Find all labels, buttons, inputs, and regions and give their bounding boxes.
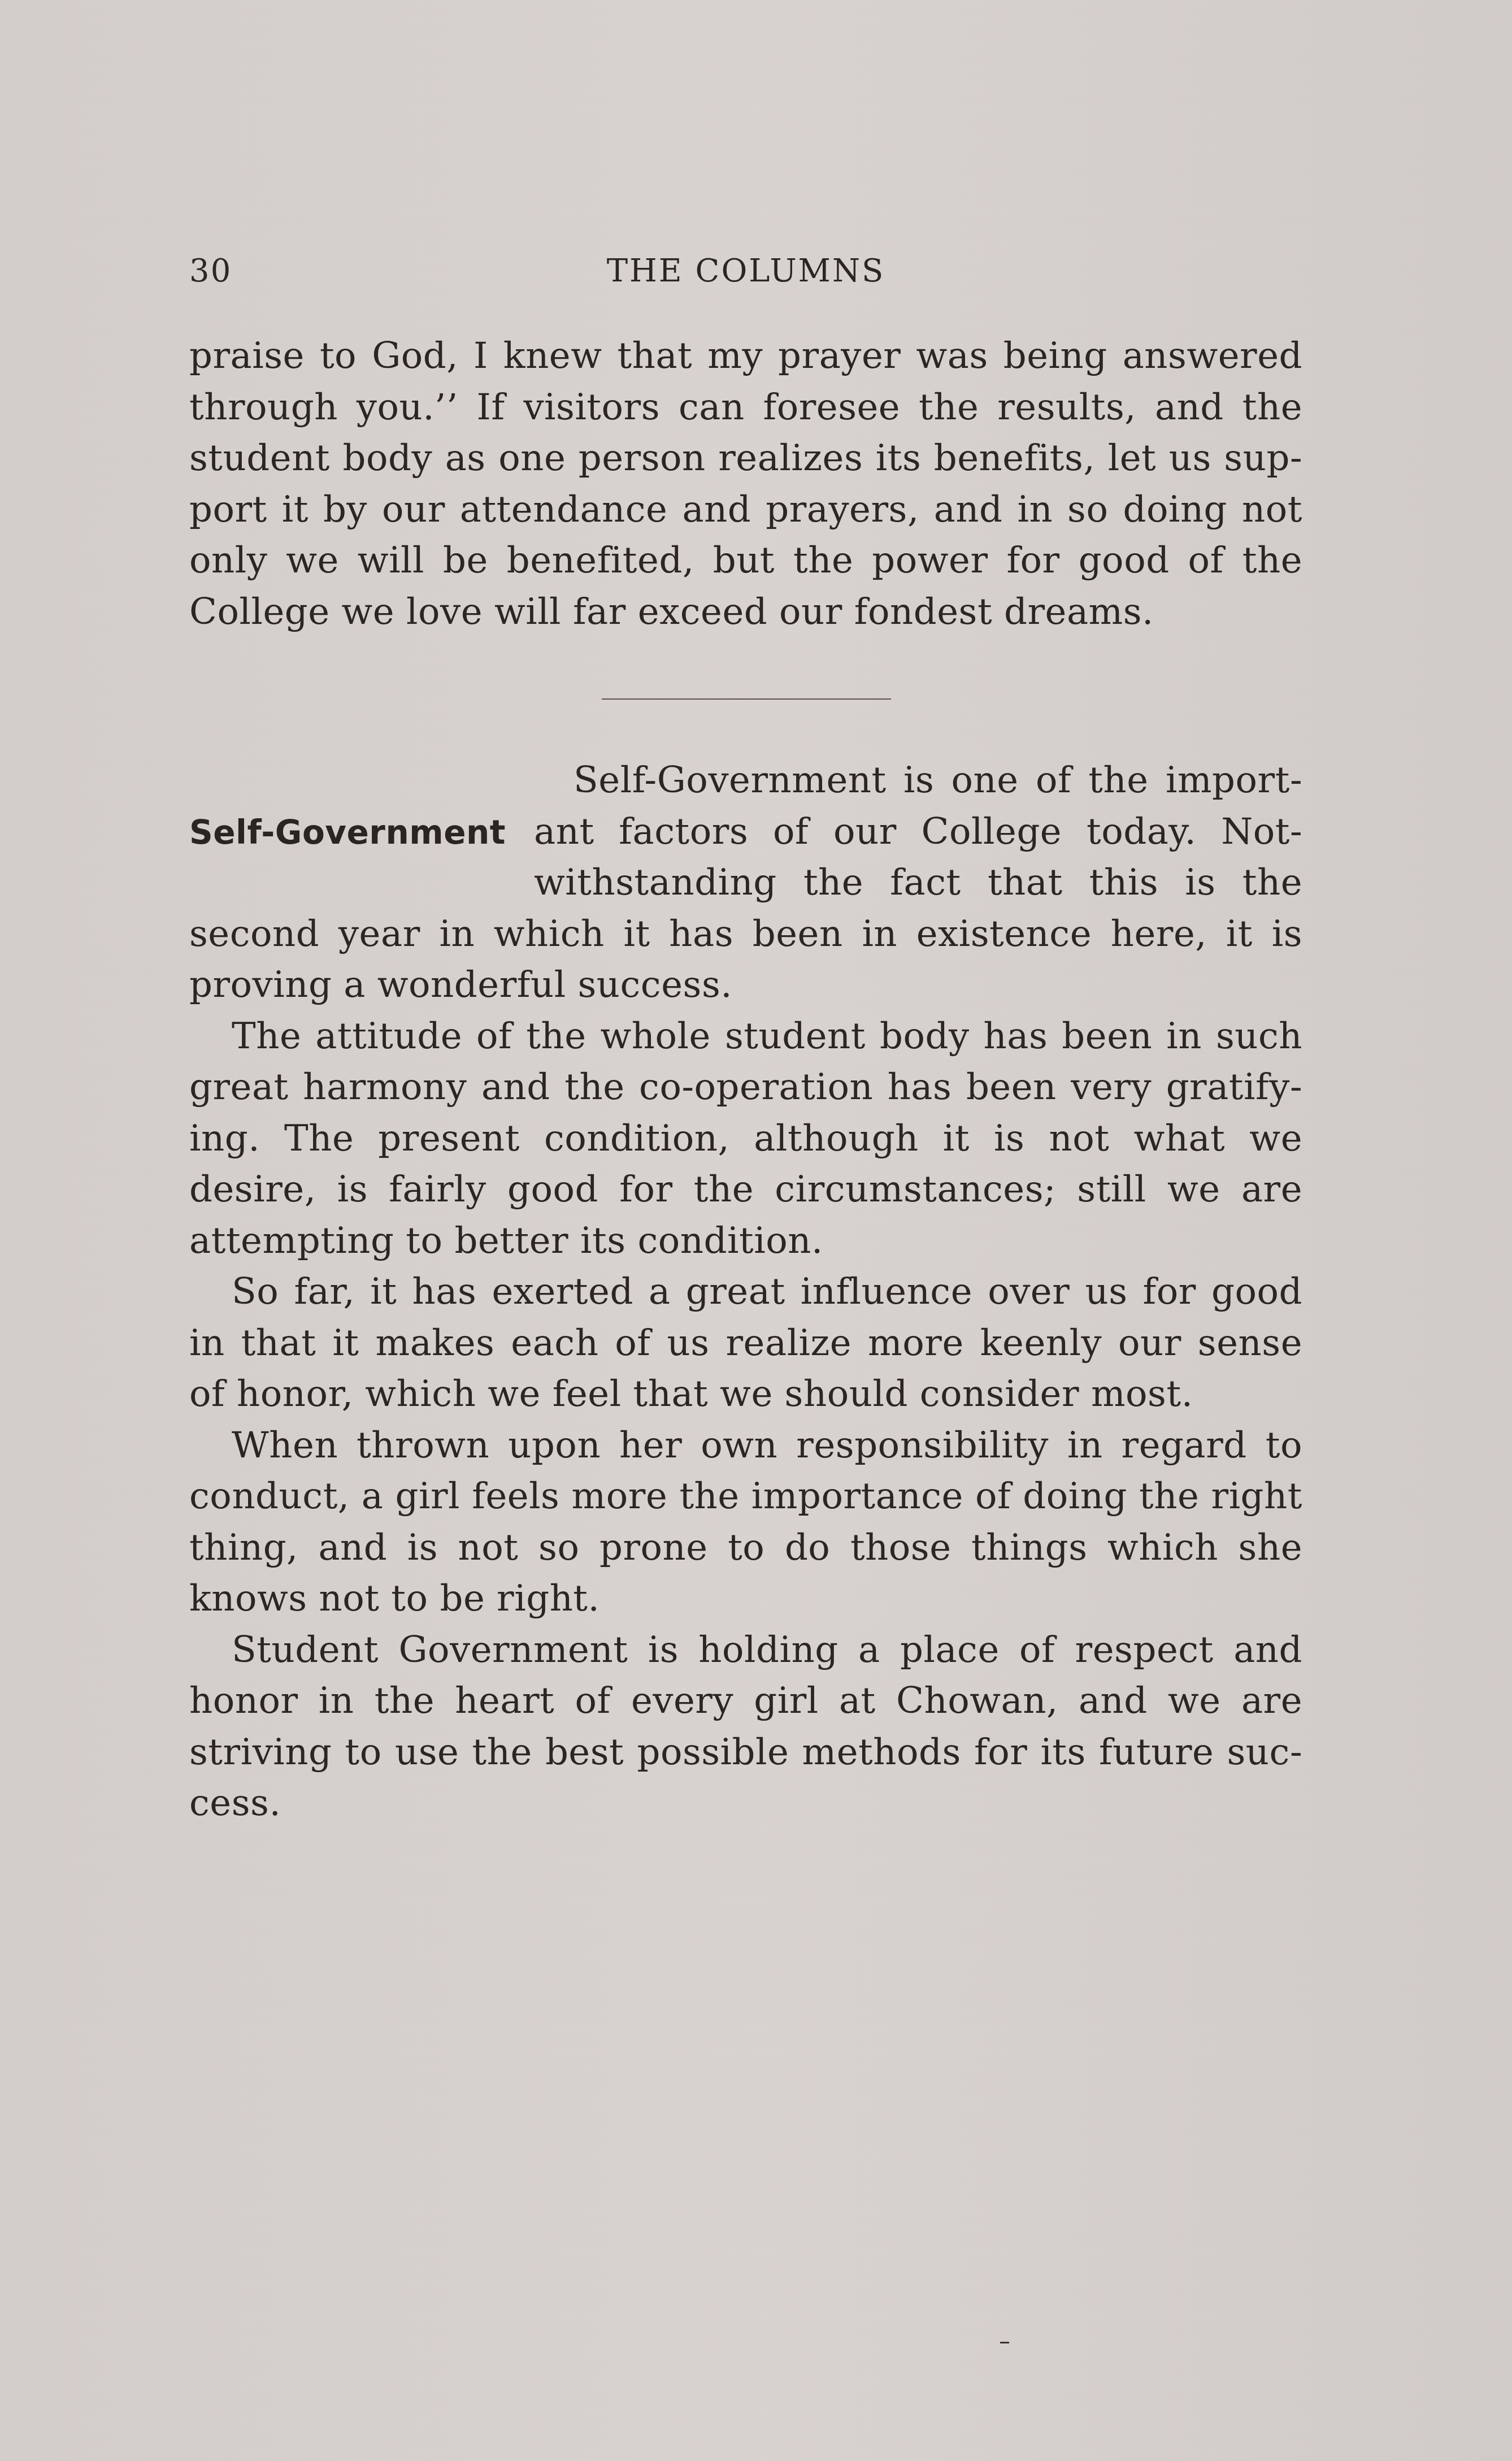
- text-line: Self-Government is one of the import-: [189, 755, 1302, 806]
- text-line: cess.: [189, 1778, 1302, 1829]
- text-line: The attitude of the whole student body h…: [189, 1011, 1302, 1062]
- text-line: When thrown upon her own responsibility …: [189, 1420, 1302, 1472]
- text-line: conduct, a girl feels more the importanc…: [189, 1471, 1302, 1522]
- running-title: THE COLUMNS: [189, 249, 1302, 294]
- text-line: only we will be benefited, but the power…: [189, 535, 1302, 587]
- text-line: thing, and is not so prone to do those t…: [189, 1522, 1302, 1574]
- text-line: honor in the heart of every girl at Chow…: [189, 1676, 1302, 1727]
- continued-paragraph: praise to God, I knew that my prayer was…: [189, 331, 1302, 637]
- text-line: Student Government is holding a place of…: [189, 1625, 1302, 1676]
- page-header: 30 THE COLUMNS: [189, 249, 1302, 294]
- text-line: So far, it has exerted a great influence…: [189, 1266, 1302, 1318]
- text-line: in that it makes each of us realize more…: [189, 1318, 1302, 1369]
- text-line: great harmony and the co-operation has b…: [189, 1062, 1302, 1113]
- text-line: ant factors of our College today. Not-: [189, 806, 1302, 858]
- text-line: second year in which it has been in exis…: [189, 909, 1302, 960]
- text-line: withstanding the fact that this is the: [189, 857, 1302, 909]
- text-line: ing. The present condition, although it …: [189, 1113, 1302, 1165]
- text-line: attempting to better its condition.: [189, 1216, 1302, 1267]
- text-line: port it by our attendance and prayers, a…: [189, 484, 1302, 536]
- text-line: praise to God, I knew that my prayer was…: [189, 331, 1302, 382]
- text-line: proving a wonderful success.: [189, 960, 1302, 1011]
- text-line: of honor, which we feel that we should c…: [189, 1369, 1302, 1420]
- self-government-section: Self-Government is one of the import- an…: [189, 755, 1302, 1829]
- printer-mark: [1000, 2342, 1009, 2343]
- book-page: 30 THE COLUMNS praise to God, I knew tha…: [0, 0, 1512, 2461]
- text-line: knows not to be right.: [189, 1573, 1302, 1625]
- text-line: College we love will far exceed our fond…: [189, 587, 1302, 638]
- text-line: striving to use the best possible method…: [189, 1727, 1302, 1778]
- text-line: desire, is fairly good for the circumsta…: [189, 1164, 1302, 1216]
- text-line: through you.’’ If visitors can foresee t…: [189, 382, 1302, 433]
- section-divider: [602, 698, 891, 700]
- text-line: student body as one person realizes its …: [189, 433, 1302, 484]
